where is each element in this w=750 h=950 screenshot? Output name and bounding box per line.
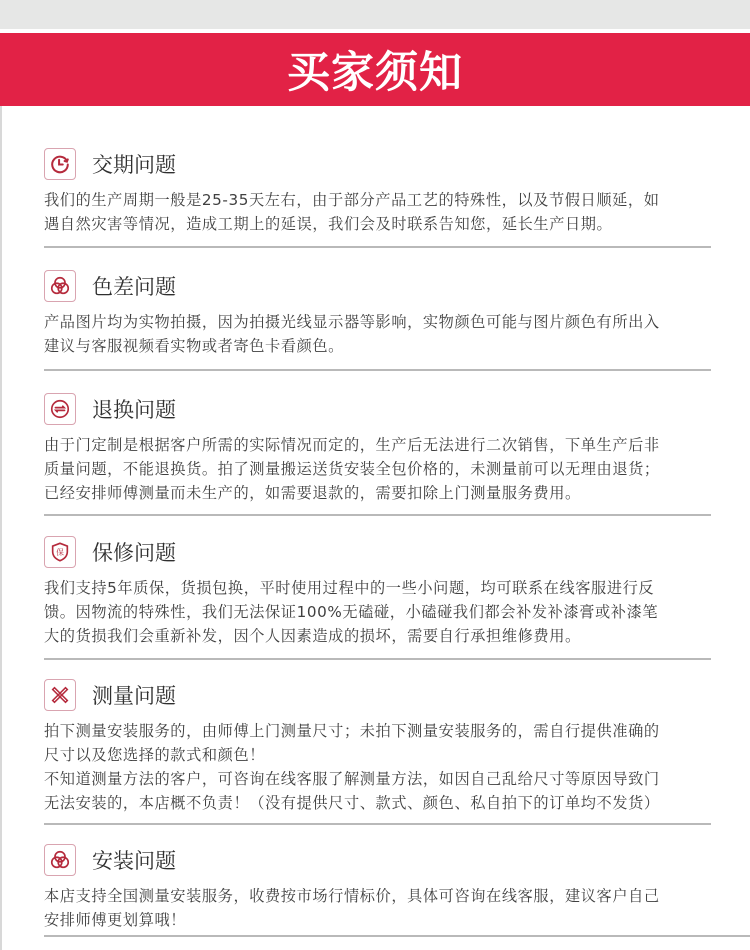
text-line: 大的货损我们会重新补发，因个人因素造成的损坏，需要自行承担维修费用。	[44, 624, 712, 648]
section-text: 本店支持全国测量安装服务，收费按市场行情标价，具体可咨询在线客服，建议客户自己 …	[44, 884, 712, 932]
text-line: 遇自然灾害等情况，造成工期上的延误，我们会及时联系告知您，延长生产日期。	[44, 212, 712, 236]
text-line: 产品图片均为实物拍摄，因为拍摄光线显示器等影响，实物颜色可能与图片颜色有所出入	[44, 310, 712, 334]
section-title: 退换问题	[92, 394, 176, 424]
section-installation: 安装问题 本店支持全国测量安装服务，收费按市场行情标价，具体可咨询在线客服，建议…	[44, 842, 712, 932]
text-line: 尺寸以及您选择的款式和颜色！	[44, 743, 712, 767]
divider	[44, 369, 711, 371]
left-border	[0, 106, 2, 950]
divider	[44, 935, 750, 937]
text-line: 安排师傅更划算哦！	[44, 908, 712, 932]
text-line: 我们的生产周期一般是25-35天左右，由于部分产品工艺的特殊性，以及节假日顺延，…	[44, 188, 712, 212]
divider	[44, 246, 711, 248]
section-color-difference: 色差问题 产品图片均为实物拍摄，因为拍摄光线显示器等影响，实物颜色可能与图片颜色…	[44, 268, 712, 358]
header-banner: 买家须知	[0, 33, 750, 106]
section-title: 色差问题	[92, 271, 176, 301]
text-line: 拍下测量安装服务的，由师傅上门测量尺寸；未拍下测量安装服务的，需自行提供准确的	[44, 719, 712, 743]
shield-bao-icon: 保	[44, 536, 76, 568]
top-strip	[0, 0, 750, 29]
section-text: 拍下测量安装服务的，由师傅上门测量尺寸；未拍下测量安装服务的，需自行提供准确的 …	[44, 719, 712, 815]
text-line: 已经安排师傅测量而未生产的，如需要退款的，需要扣除上门测量服务费用。	[44, 481, 712, 505]
text-line: 我们支持5年质保，货损包换，平时使用过程中的一些小问题，均可联系在线客服进行反	[44, 576, 712, 600]
section-title: 测量问题	[92, 680, 176, 710]
section-title: 保修问题	[92, 537, 176, 567]
section-text: 产品图片均为实物拍摄，因为拍摄光线显示器等影响，实物颜色可能与图片颜色有所出入 …	[44, 310, 712, 358]
svg-text:保: 保	[56, 548, 64, 557]
text-line: 无法安装的，本店概不负责！（没有提供尺寸、款式、颜色、私自拍下的订单均不发货）	[44, 791, 712, 815]
text-line: 本店支持全国测量安装服务，收费按市场行情标价，具体可咨询在线客服，建议客户自己	[44, 884, 712, 908]
ruler-cross-icon	[44, 679, 76, 711]
text-line: 建议与客服视频看实物或者寄色卡看颜色。	[44, 334, 712, 358]
text-line: 质量问题，不能退换货。拍了测量搬运送货安装全包价格的，未测量前可以无理由退货；	[44, 457, 712, 481]
section-text: 我们的生产周期一般是25-35天左右，由于部分产品工艺的特殊性，以及节假日顺延，…	[44, 188, 712, 236]
clock-icon	[44, 148, 76, 180]
divider	[44, 514, 711, 516]
install-circles-icon	[44, 844, 76, 876]
color-circles-icon	[44, 270, 76, 302]
section-title: 安装问题	[92, 845, 176, 875]
section-text: 我们支持5年质保，货损包换，平时使用过程中的一些小问题，均可联系在线客服进行反 …	[44, 576, 712, 648]
section-title: 交期问题	[92, 149, 176, 179]
divider	[44, 658, 711, 660]
text-line: 馈。因物流的特殊性，我们无法保证100%无磕碰，小磕碰我们都会补发补漆膏或补漆笔	[44, 600, 712, 624]
page-title: 买家须知	[287, 39, 463, 100]
section-return-exchange: 退换问题 由于门定制是根据客户所需的实际情况而定的，生产后无法进行二次销售，下单…	[44, 391, 712, 505]
section-measurement: 测量问题 拍下测量安装服务的，由师傅上门测量尺寸；未拍下测量安装服务的，需自行提…	[44, 677, 712, 815]
section-text: 由于门定制是根据客户所需的实际情况而定的，生产后无法进行二次销售，下单生产后非 …	[44, 433, 712, 505]
exchange-icon	[44, 393, 76, 425]
section-warranty: 保 保修问题 我们支持5年质保，货损包换，平时使用过程中的一些小问题，均可联系在…	[44, 534, 712, 648]
section-delivery: 交期问题 我们的生产周期一般是25-35天左右，由于部分产品工艺的特殊性，以及节…	[44, 146, 712, 236]
text-line: 不知道测量方法的客户，可咨询在线客服了解测量方法，如因自己乱给尺寸等原因导致门	[44, 767, 712, 791]
text-line: 由于门定制是根据客户所需的实际情况而定的，生产后无法进行二次销售，下单生产后非	[44, 433, 712, 457]
divider	[44, 823, 711, 825]
